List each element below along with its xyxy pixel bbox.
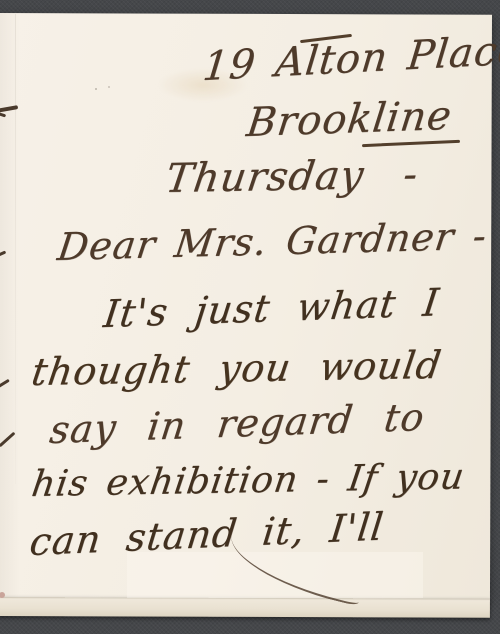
paper-specks	[95, 88, 97, 90]
letter-photograph: 19 Alton Place Brookline Thursday - Dear…	[0, 0, 500, 634]
fold-line	[15, 14, 16, 484]
letter-line-date: Thursday -	[163, 152, 422, 203]
letter-line-body-2: thought you would	[29, 343, 445, 394]
fold-shading	[0, 13, 19, 598]
letter-line-city: Brookline	[244, 93, 454, 146]
under-sheet-edge	[0, 597, 490, 618]
letter-line-body-4: his exhibition - If you	[29, 456, 467, 505]
